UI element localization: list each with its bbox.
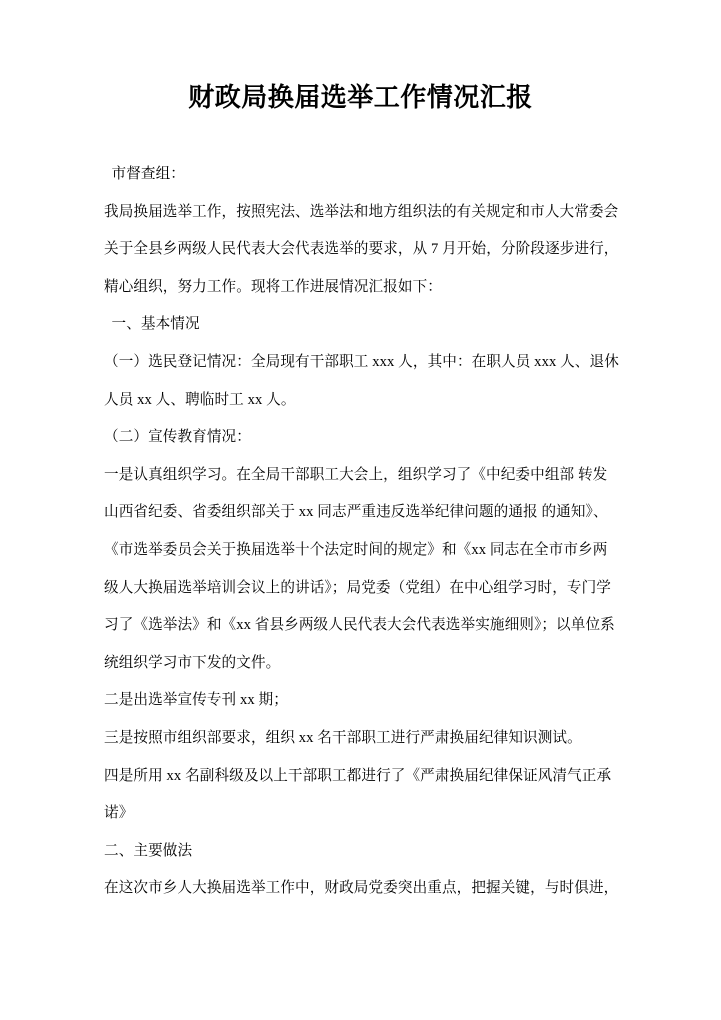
paragraph-line: 在这次市乡人大换届选举工作中，财政局党委突出重点，把握关键，与时俱进， [104,870,626,908]
paragraph-line: 我局换届选举工作，按照宪法、选举法和地方组织法的有关规定和市人大常委会 [104,194,626,232]
paragraph-line: 二是出选举宣传专刊 xx 期； [104,682,626,720]
document-body: 市督查组： 我局换届选举工作，按照宪法、选举法和地方组织法的有关规定和市人大常委… [104,156,626,908]
paragraph-line: 统组织学习市下发的文件。 [104,645,626,683]
subsection-heading-line: （二）宣传教育情况： [104,419,626,457]
document-page: 财政局换届选举工作情况汇报 市督查组： 我局换届选举工作，按照宪法、选举法和地方… [0,0,721,1020]
paragraph-line: 一是认真组织学习。在全局干部职工大会上，组织学习了《中纪委中组部 转发 [104,457,626,495]
paragraph-line: 人员 xx 人、聘临时工 xx 人。 [104,382,626,420]
section-heading-line: 一、基本情况 [104,306,626,344]
paragraph-line: 三是按照市组织部要求，组织 xx 名干部职工进行严肃换届纪律知识测试。 [104,720,626,758]
paragraph-line: 级人大换届选举培训会议上的讲话》；局党委（党组）在中心组学习时，专门学 [104,570,626,608]
paragraph-line: 习了《选举法》和《xx 省县乡两级人民代表大会代表选举实施细则》；以单位系 [104,607,626,645]
salutation-line: 市督查组： [104,156,626,194]
paragraph-line: 山西省纪委、省委组织部关于 xx 同志严重违反选举纪律问题的通报 的通知》、 [104,494,626,532]
paragraph-line: 《市选举委员会关于换届选举十个法定时间的规定》和《xx 同志在全市市乡两 [104,532,626,570]
paragraph-line: 诺》 [104,795,626,833]
paragraph-line: （一）选民登记情况：全局现有干部职工 xxx 人，其中：在职人员 xxx 人、退… [104,344,626,382]
section-heading-line: 二、主要做法 [104,833,626,871]
paragraph-line: 关于全县乡两级人民代表大会代表选举的要求，从 7 月开始，分阶段逐步进行， [104,231,626,269]
paragraph-line: 四是所用 xx 名副科级及以上干部职工都进行了《严肃换届纪律保证风清气正承 [104,758,626,796]
paragraph-line: 精心组织，努力工作。现将工作进展情况汇报如下： [104,269,626,307]
document-title: 财政局换届选举工作情况汇报 [0,0,721,118]
